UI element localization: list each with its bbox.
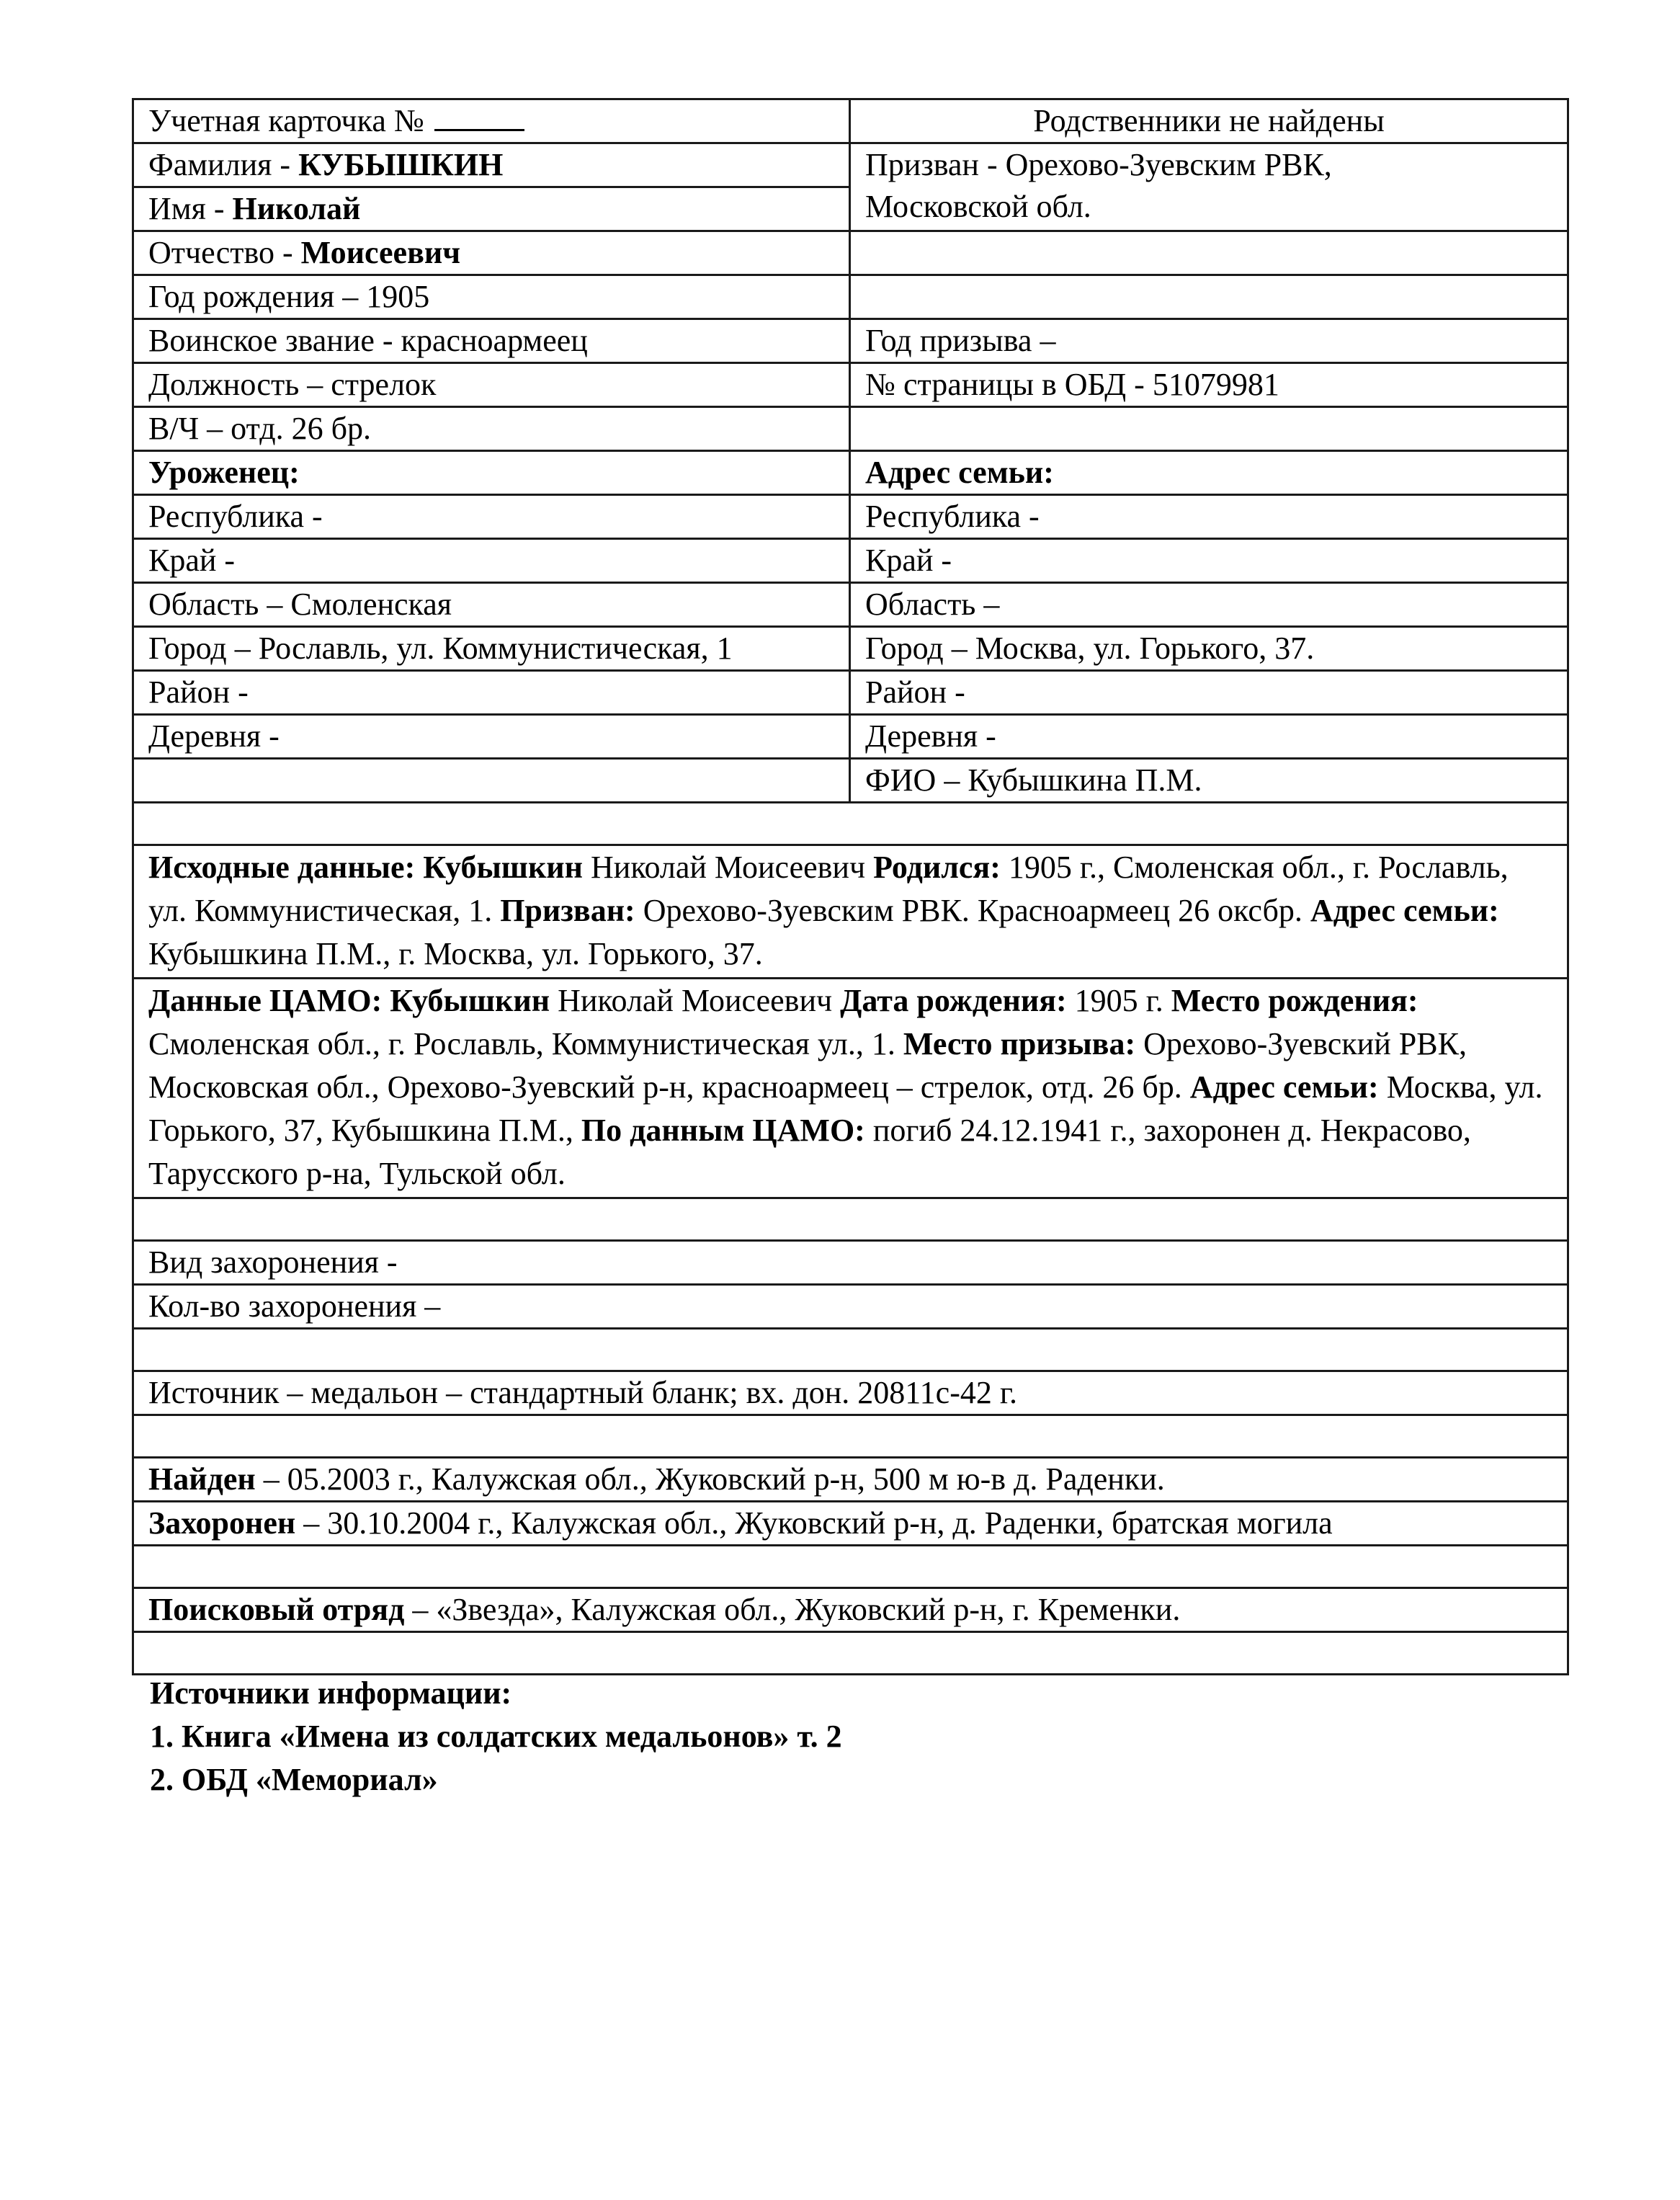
draft-year-field: Год призыва – xyxy=(850,319,1568,363)
source-data-surname: Кубышкин xyxy=(423,850,583,885)
source-data-drafted-text: Орехово-Зуевским РВК. Красноармеец 26 ок… xyxy=(635,893,1310,928)
empty-row xyxy=(133,1329,1568,1371)
surname-field: Фамилия - КУБЫШКИН xyxy=(133,143,850,187)
patronymic-field: Отчество - Моисеевич xyxy=(133,231,850,275)
native-oblast: Область – Смоленская xyxy=(133,583,850,627)
burial-type-field: Вид захоронения - xyxy=(133,1241,1568,1285)
source-data-family-text: Кубышкина П.М., г. Москва, ул. Горького,… xyxy=(148,936,763,971)
native-district: Район - xyxy=(133,671,850,715)
family-city: Город – Москва, ул. Горького, 37. xyxy=(850,627,1568,671)
registration-card-table: Учетная карточка № Родственники не найде… xyxy=(132,98,1569,1675)
tsamo-pob-text: Смоленская обл., г. Рославль, Коммунисти… xyxy=(148,1026,903,1061)
sources-heading: Источники информации: xyxy=(150,1672,842,1715)
patronymic-value: Моисеевич xyxy=(301,235,460,270)
empty-cell xyxy=(133,759,850,803)
card-number-cell: Учетная карточка № xyxy=(133,99,850,143)
source-data-label: Исходные данные: xyxy=(148,850,415,885)
native-city: Город – Рославль, ул. Коммунистическая, … xyxy=(133,627,850,671)
family-krai: Край - xyxy=(850,539,1568,583)
source-data-paragraph: Исходные данные: Кубышкин Николай Моисее… xyxy=(133,845,1568,979)
native-republic: Республика - xyxy=(133,495,850,539)
tsamo-draft-label: Место призыва: xyxy=(903,1026,1135,1061)
tsamo-label: Данные ЦАМО: xyxy=(148,983,382,1018)
family-district: Район - xyxy=(850,671,1568,715)
source-item: 2. ОБД «Мемориал» xyxy=(150,1758,842,1802)
source-item: 1. Книга «Имена из солдатских медальонов… xyxy=(150,1715,842,1758)
source-data-name: Николай Моисеевич xyxy=(583,850,873,885)
native-village: Деревня - xyxy=(133,715,850,759)
empty-cell xyxy=(850,231,1568,275)
buried-field: Захоронен – 30.10.2004 г., Калужская обл… xyxy=(133,1502,1568,1546)
native-heading-text: Уроженец: xyxy=(148,455,300,490)
buried-label: Захоронен xyxy=(148,1505,295,1541)
found-text: – 05.2003 г., Калужская обл., Жуковский … xyxy=(256,1461,1165,1497)
card-number-label: Учетная карточка № xyxy=(148,103,424,138)
empty-cell xyxy=(850,407,1568,451)
first-name-field: Имя - Николай xyxy=(133,187,850,231)
first-name-value: Николай xyxy=(233,191,361,226)
burial-count-field: Кол-во захоронения – xyxy=(133,1285,1568,1329)
source-data-family-label: Адрес семьи: xyxy=(1310,893,1499,928)
source-data-born-label: Родился: xyxy=(873,850,1001,885)
found-field: Найден – 05.2003 г., Калужская обл., Жук… xyxy=(133,1458,1568,1502)
search-team-field: Поисковый отряд – «Звезда», Калужская об… xyxy=(133,1588,1568,1632)
empty-row xyxy=(133,1632,1568,1675)
relatives-status: Родственники не найдены xyxy=(850,99,1568,143)
tsamo-dob-text: 1905 г. xyxy=(1067,983,1171,1018)
surname-label: Фамилия - xyxy=(148,147,298,182)
surname-value: КУБЫШКИН xyxy=(298,147,503,182)
card-number-blank xyxy=(434,100,524,131)
rank-field: Воинское звание - красноармеец xyxy=(133,319,850,363)
family-fio: ФИО – Кубышкина П.М. xyxy=(850,759,1568,803)
empty-row xyxy=(133,1198,1568,1241)
first-name-label: Имя - xyxy=(148,191,233,226)
native-heading: Уроженец: xyxy=(133,451,850,495)
birth-year-field: Год рождения – 1905 xyxy=(133,275,850,319)
family-village: Деревня - xyxy=(850,715,1568,759)
search-team-text: – «Звезда», Калужская обл., Жуковский р-… xyxy=(404,1592,1180,1627)
empty-row xyxy=(133,1415,1568,1458)
empty-cell xyxy=(850,275,1568,319)
source-field: Источник – медальон – стандартный бланк;… xyxy=(133,1371,1568,1415)
source-data-drafted-label: Призван: xyxy=(500,893,635,928)
drafted-by-field: Призван - Орехово-Зуевским РВК, Московск… xyxy=(850,143,1568,231)
tsamo-dob-label: Дата рождения: xyxy=(840,983,1067,1018)
buried-text: – 30.10.2004 г., Калужская обл., Жуковск… xyxy=(295,1505,1332,1541)
patronymic-label: Отчество - xyxy=(148,235,301,270)
found-label: Найден xyxy=(148,1461,256,1497)
tsamo-family-label: Адрес семьи: xyxy=(1190,1069,1379,1105)
tsamo-pob-label: Место рождения: xyxy=(1171,983,1418,1018)
family-oblast: Область – xyxy=(850,583,1568,627)
tsamo-surname: Кубышкин xyxy=(390,983,550,1018)
family-republic: Республика - xyxy=(850,495,1568,539)
tsamo-per-label: По данным ЦАМО: xyxy=(581,1113,865,1148)
information-sources: Источники информации: 1. Книга «Имена из… xyxy=(150,1672,842,1802)
tsamo-name: Николай Моисеевич xyxy=(550,983,840,1018)
tsamo-data-paragraph: Данные ЦАМО: Кубышкин Николай Моисеевич … xyxy=(133,979,1568,1198)
unit-field: В/Ч – отд. 26 бр. xyxy=(133,407,850,451)
family-heading: Адрес семьи: xyxy=(850,451,1568,495)
search-team-label: Поисковый отряд xyxy=(148,1592,404,1627)
card-header-row: Учетная карточка № Родственники не найде… xyxy=(133,99,1568,143)
position-field: Должность – стрелок xyxy=(133,363,850,407)
family-heading-text: Адрес семьи: xyxy=(865,455,1054,490)
obd-page-field: № страницы в ОБД - 51079981 xyxy=(850,363,1568,407)
native-krai: Край - xyxy=(133,539,850,583)
empty-row xyxy=(133,803,1568,845)
empty-row xyxy=(133,1546,1568,1588)
